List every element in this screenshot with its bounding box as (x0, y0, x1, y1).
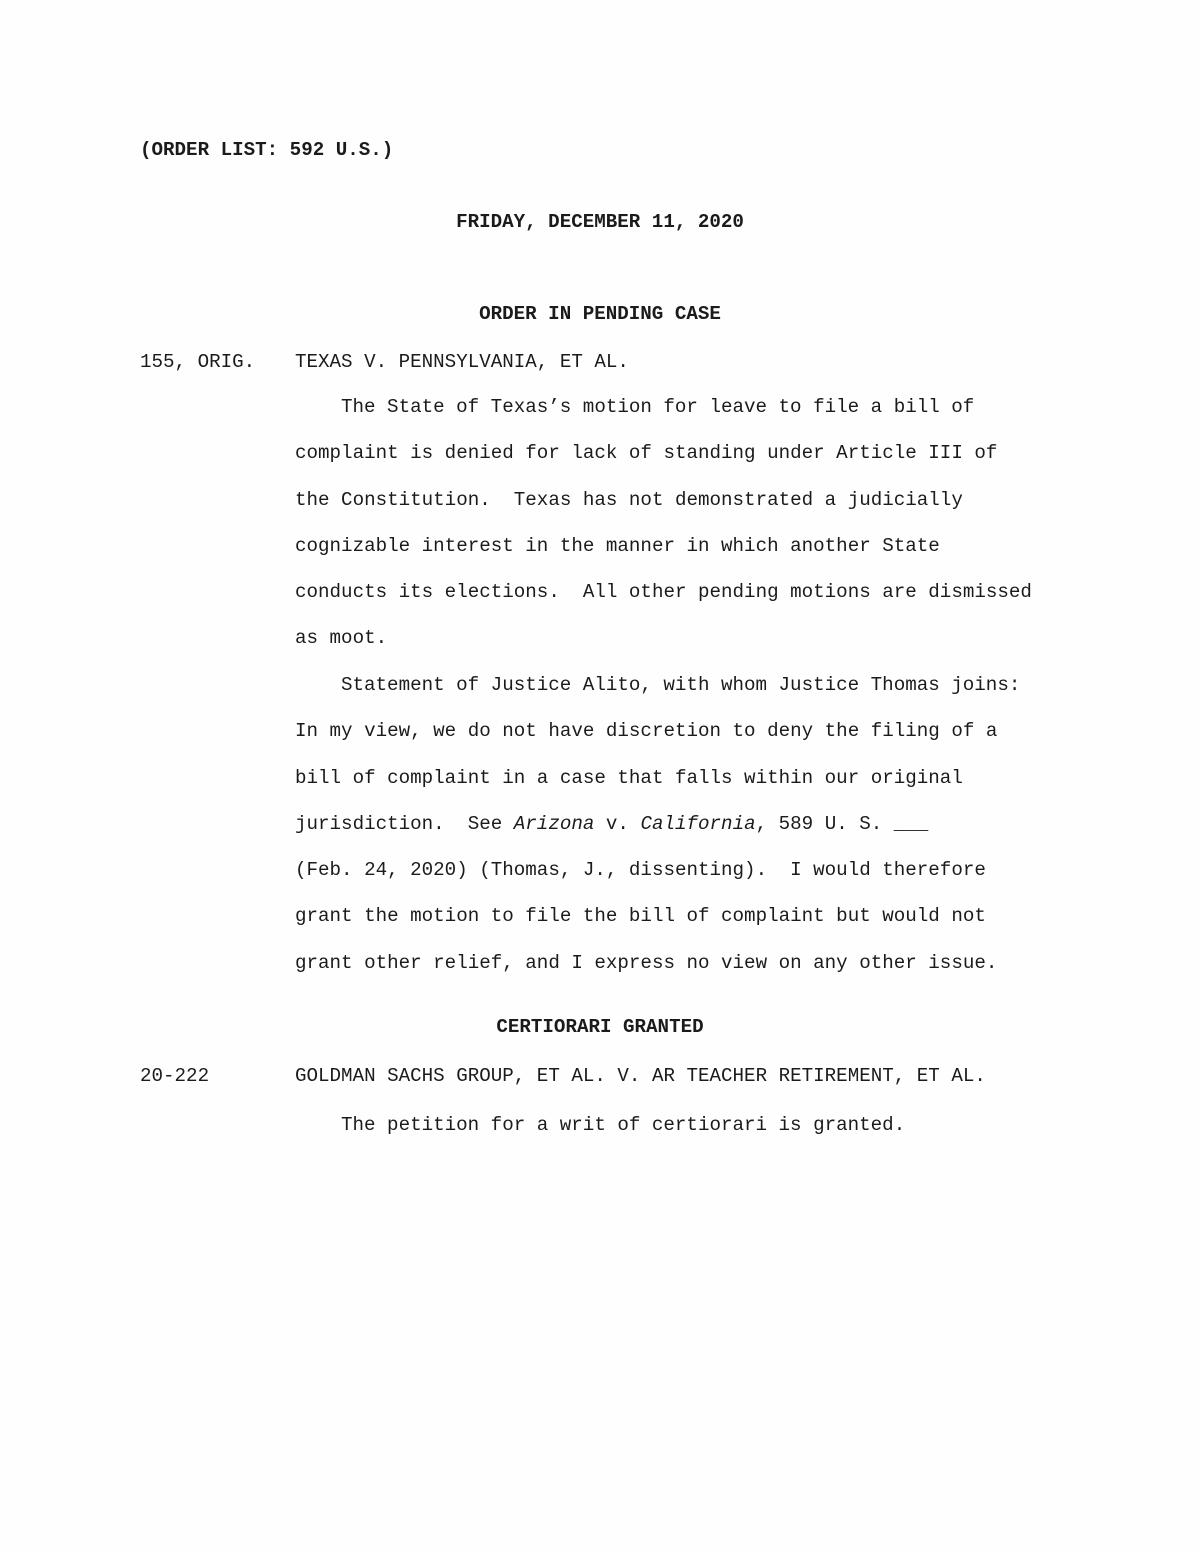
body-text: Statement of Justice Alito, with whom Ju… (341, 674, 1020, 696)
text-line: grant other relief, and I express no vie… (295, 940, 1065, 986)
italic-citation-text: Arizona (514, 813, 595, 835)
order-paragraph-petition-granted: The petition for a writ of certiorari is… (295, 1102, 1065, 1148)
body-text: The State of Texas’s motion for leave to… (341, 396, 974, 418)
body-text: conducts its elections. All other pendin… (295, 581, 1032, 603)
text-line: The petition for a writ of certiorari is… (295, 1102, 1065, 1148)
body-text: complaint is denied for lack of standing… (295, 442, 997, 464)
text-line: bill of complaint in a case that falls w… (295, 755, 1065, 801)
body-text: The petition for a writ of certiorari is… (341, 1114, 905, 1136)
body-text: as moot. (295, 627, 387, 649)
text-line: (Feb. 24, 2020) (Thomas, J., dissenting)… (295, 847, 1065, 893)
date-line: FRIDAY, DECEMBER 11, 2020 (0, 211, 1200, 234)
body-text: In my view, we do not have discretion to… (295, 720, 997, 742)
text-line: cognizable interest in the manner in whi… (295, 523, 1065, 569)
order-list-label: (ORDER LIST: 592 U.S.) (140, 139, 393, 162)
body-text: cognizable interest in the manner in whi… (295, 535, 940, 557)
case-title-texas-v-pennsylvania: TEXAS V. PENNSYLVANIA, ET AL. (295, 351, 629, 374)
case-title-goldman-sachs-v-ar-teacher-retirement: GOLDMAN SACHS GROUP, ET AL. V. AR TEACHE… (295, 1065, 986, 1088)
body-text: , 589 U. S. ___ (756, 813, 929, 835)
text-line: jurisdiction. See Arizona v. California,… (295, 801, 1065, 847)
docket-number-20-222: 20-222 (140, 1065, 209, 1088)
body-text: jurisdiction. See (295, 813, 514, 835)
section-heading-certiorari-granted: CERTIORARI GRANTED (0, 1016, 1200, 1039)
body-text: grant the motion to file the bill of com… (295, 905, 986, 927)
order-list-page: (ORDER LIST: 592 U.S.) FRIDAY, DECEMBER … (0, 0, 1200, 1553)
body-text: (Feb. 24, 2020) (Thomas, J., dissenting)… (295, 859, 986, 881)
body-text: v. (594, 813, 640, 835)
docket-number-155-orig: 155, ORIG. (140, 351, 255, 374)
text-line: as moot. (295, 615, 1065, 661)
body-text: the Constitution. Texas has not demonstr… (295, 489, 963, 511)
body-text: bill of complaint in a case that falls w… (295, 767, 963, 789)
text-line: In my view, we do not have discretion to… (295, 708, 1065, 754)
order-paragraph-denial: The State of Texas’s motion for leave to… (295, 384, 1065, 662)
text-line: complaint is denied for lack of standing… (295, 430, 1065, 476)
body-text: grant other relief, and I express no vie… (295, 952, 997, 974)
text-line: Statement of Justice Alito, with whom Ju… (295, 662, 1065, 708)
text-line: grant the motion to file the bill of com… (295, 893, 1065, 939)
section-heading-order-in-pending-case: ORDER IN PENDING CASE (0, 303, 1200, 326)
text-line: the Constitution. Texas has not demonstr… (295, 477, 1065, 523)
text-line: conducts its elections. All other pendin… (295, 569, 1065, 615)
text-line: The State of Texas’s motion for leave to… (295, 384, 1065, 430)
order-paragraph-alito-statement: Statement of Justice Alito, with whom Ju… (295, 662, 1065, 986)
italic-citation-text: California (640, 813, 755, 835)
